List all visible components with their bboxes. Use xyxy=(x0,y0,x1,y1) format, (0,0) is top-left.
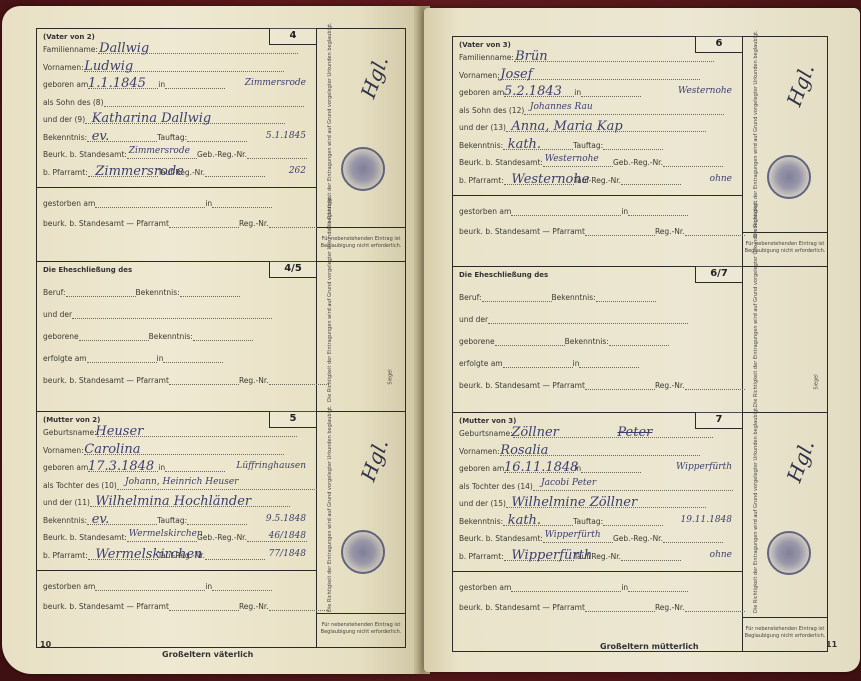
handwritten-value: Dallwig xyxy=(99,41,149,56)
certification-column: Die Richtigkeit der Eintragungen wird au… xyxy=(743,267,827,412)
handwritten-value: 19.11.1848 xyxy=(680,515,732,525)
field-label: in xyxy=(574,88,581,97)
entry-main-column: 6/7Die Eheschließung desBeruf: Bekenntni… xyxy=(453,267,743,412)
field-line[interactable] xyxy=(511,590,621,592)
official-seal-stamp xyxy=(341,147,385,191)
handwritten-value: Rosalia xyxy=(500,443,548,458)
field-label: gestorben am xyxy=(459,583,511,592)
field-line[interactable] xyxy=(79,339,149,341)
death-section-divider xyxy=(453,571,742,572)
form-field-row: geborene Bekenntnis: xyxy=(43,332,310,350)
field-label: Tauftag: xyxy=(157,516,187,525)
seal-placeholder-label: Siegel xyxy=(814,374,820,389)
field-label: und der (13) xyxy=(459,123,506,132)
handwritten-value: 1.1.1845 xyxy=(88,76,146,91)
handwritten-value: Wipperfürth xyxy=(545,530,601,540)
official-seal-stamp xyxy=(767,155,811,199)
field-line[interactable] xyxy=(212,206,272,208)
field-label: Reg.-Nr. xyxy=(655,381,685,390)
field-label: als Tochter des (14) xyxy=(459,482,533,491)
field-label: Bekenntnis: xyxy=(43,133,87,142)
death-field-row: beurk. b. Standesamt — Pfarramt Reg.-Nr. xyxy=(459,603,736,621)
field-label: Reg.-Nr. xyxy=(655,603,685,612)
seal-placeholder-label: Siegel xyxy=(388,369,394,384)
field-label: und der xyxy=(43,310,72,319)
official-signature: Hgl. xyxy=(356,436,393,485)
field-line[interactable] xyxy=(603,148,663,150)
no-certification-needed-note: Für nebenstehenden Eintrag ist Beglaubig… xyxy=(743,617,827,651)
entry-number-box: 4/5 xyxy=(269,261,317,278)
entry-header: (Vater von 2) xyxy=(43,33,95,41)
form-field-row: und der xyxy=(43,310,310,328)
form-field-row: beurk. b. Standesamt — Pfarramt Reg.-Nr. xyxy=(43,376,310,394)
official-signature: Hgl. xyxy=(782,61,819,110)
field-label: beurk. b. Standesamt — Pfarramt xyxy=(43,219,169,228)
field-line[interactable] xyxy=(603,524,663,526)
official-seal-stamp xyxy=(341,530,385,574)
field-line[interactable] xyxy=(193,339,253,341)
field-label: und der (15) xyxy=(459,499,506,508)
handwritten-value: Wermelskirchen xyxy=(95,547,202,562)
form-block-6-7: 6/7Die Eheschließung desBeruf: Bekenntni… xyxy=(453,267,827,413)
handwritten-value: Carolina xyxy=(84,442,140,457)
field-label: in xyxy=(157,354,164,363)
field-label: geboren am xyxy=(43,463,88,472)
handwritten-value: Westernohe xyxy=(511,172,589,187)
field-label: beurk. b. Standesamt — Pfarramt xyxy=(459,603,585,612)
field-label: Familienname: xyxy=(459,53,514,62)
field-label: erfolgte am xyxy=(459,359,503,368)
handwritten-value: Brün xyxy=(515,49,548,64)
field-line[interactable] xyxy=(628,214,688,216)
handwritten-value: ev. xyxy=(92,512,110,527)
field-label: in xyxy=(573,359,580,368)
field-label: und der xyxy=(459,315,488,324)
handwritten-value: Wermelskirchen xyxy=(129,529,203,539)
handwritten-value: Jacobi Peter xyxy=(541,478,596,488)
entry-main-column: 7(Mutter von 3)Geburtsname:ZöllnerPeterV… xyxy=(453,413,743,651)
field-label: und der (11) xyxy=(43,498,90,507)
field-label: geborene xyxy=(43,332,79,341)
official-signature: Hgl. xyxy=(782,437,819,486)
handwritten-value: Westernohe xyxy=(678,86,732,96)
field-label: Reg.-Nr. xyxy=(239,219,269,228)
field-line[interactable] xyxy=(127,540,197,542)
handwritten-value: Ludwig xyxy=(84,59,133,74)
form-block-4-5: 4/5Die Eheschließung desBeruf: Bekenntni… xyxy=(37,262,405,412)
field-label: Tauftag: xyxy=(157,133,187,142)
entry-number-box: 7 xyxy=(695,412,743,429)
handwritten-value: ohne xyxy=(710,174,732,184)
field-line[interactable] xyxy=(169,609,239,611)
page-footer-title: Großeltern mütterlich xyxy=(600,642,699,651)
field-label: in xyxy=(205,582,212,591)
handwritten-value: Zimmersrode xyxy=(245,78,306,88)
form-block-6: 6(Vater von 3)Familienname:BrünVornamen:… xyxy=(453,37,827,267)
right-page: 6(Vater von 3)Familienname:BrünVornamen:… xyxy=(424,8,860,672)
field-line[interactable] xyxy=(685,234,745,236)
form-field-row: erfolgte am in xyxy=(43,354,310,372)
handwritten-value: 5.2.1843 xyxy=(504,84,562,99)
field-label: beurk. b. Standesamt — Pfarramt xyxy=(43,602,169,611)
field-line[interactable] xyxy=(165,87,225,89)
entry-number-box: 6/7 xyxy=(695,266,743,283)
form-field-row: b. Pfarramt: Tauf-Reg.-Nr. xyxy=(459,552,736,570)
death-field-row: beurk. b. Standesamt — Pfarramt Reg.-Nr. xyxy=(43,602,310,620)
page-number: 10 xyxy=(40,640,51,649)
handwritten-value: kath. xyxy=(508,513,541,528)
handwritten-value: Zimmersrode xyxy=(95,164,183,179)
field-line[interactable] xyxy=(581,95,641,97)
field-label: Geb.-Reg.-Nr. xyxy=(197,150,247,159)
death-field-row: gestorben am in xyxy=(459,207,736,225)
field-label: Geburtsname: xyxy=(43,428,97,437)
form-block-4: 4(Vater von 2)Familienname:DallwigVornam… xyxy=(37,29,405,262)
field-line[interactable] xyxy=(621,183,681,185)
handwritten-value: Wilhelmine Zöllner xyxy=(511,495,637,510)
handwritten-value: 77/1848 xyxy=(269,549,306,559)
field-line[interactable] xyxy=(585,388,655,390)
field-line[interactable] xyxy=(503,366,573,368)
official-seal-stamp xyxy=(767,531,811,575)
form-field-row: geborene Bekenntnis: xyxy=(459,337,736,355)
field-line[interactable] xyxy=(205,175,265,177)
field-line[interactable] xyxy=(127,157,197,159)
field-label: Bekenntnis: xyxy=(552,293,596,302)
handwritten-value: Wipperfürth xyxy=(676,462,732,472)
field-line[interactable] xyxy=(585,234,655,236)
no-certification-needed-note: Für nebenstehenden Eintrag ist Beglaubig… xyxy=(317,613,405,647)
field-line[interactable] xyxy=(117,488,317,490)
field-line[interactable] xyxy=(543,165,613,167)
certification-text: Die Richtigkeit der Eintragungen wird au… xyxy=(327,195,333,402)
field-label: Geburtsname: xyxy=(459,429,513,438)
entry-main-column: 6(Vater von 3)Familienname:BrünVornamen:… xyxy=(453,37,743,266)
field-label: Bekenntnis: xyxy=(43,516,87,525)
field-line[interactable] xyxy=(180,295,240,297)
handwritten-value: Anna, Maria Kap xyxy=(511,119,622,134)
form-block-7: 7(Mutter von 3)Geburtsname:ZöllnerPeterV… xyxy=(453,413,827,651)
field-label: in xyxy=(621,583,628,592)
certification-text: Die Richtigkeit der Eintragungen wird au… xyxy=(753,406,759,613)
field-label: beurk. b. Standesamt — Pfarramt xyxy=(459,381,585,390)
field-label: Geb.-Reg.-Nr. xyxy=(613,158,663,167)
entry-number-box: 5 xyxy=(269,411,317,428)
certification-column: Die Richtigkeit der Eintragungen wird au… xyxy=(317,412,405,647)
handwritten-value: Heuser xyxy=(95,424,143,439)
field-label: Beruf: xyxy=(459,293,482,302)
entry-number-box: 6 xyxy=(695,36,743,53)
field-line[interactable] xyxy=(187,523,247,525)
field-label: und der (9) xyxy=(43,115,85,124)
handwritten-value: Wipperfürth xyxy=(511,548,592,563)
death-field-row: gestorben am in xyxy=(459,583,736,601)
field-label: als Sohn des (12) xyxy=(459,106,524,115)
death-section-divider xyxy=(37,187,316,188)
handwritten-value: 46/1848 xyxy=(269,531,306,541)
field-line[interactable] xyxy=(511,214,621,216)
left-page: 4(Vater von 2)Familienname:DallwigVornam… xyxy=(2,6,420,674)
form-field-row: Beruf: Bekenntnis: xyxy=(459,293,736,311)
handwritten-value: Lüffringhausen xyxy=(236,461,306,471)
field-label: geboren am xyxy=(43,80,88,89)
struck-handwritten-value: Peter xyxy=(617,425,652,440)
field-line[interactable] xyxy=(87,361,157,363)
handwritten-value: 5.1.1845 xyxy=(266,131,306,141)
death-field-row: gestorben am in xyxy=(43,582,310,600)
field-line[interactable] xyxy=(685,388,745,390)
field-line[interactable] xyxy=(579,366,639,368)
field-line[interactable] xyxy=(187,140,247,142)
field-line[interactable] xyxy=(596,300,656,302)
field-label: geborene xyxy=(459,337,495,346)
field-label: Vornamen: xyxy=(43,63,84,72)
field-label: als Sohn des (8) xyxy=(43,98,104,107)
entry-main-column: 5(Mutter von 2)Geburtsname:HeuserVorname… xyxy=(37,412,317,647)
field-line[interactable] xyxy=(163,361,223,363)
field-label: geboren am xyxy=(459,464,504,473)
field-line[interactable] xyxy=(663,165,723,167)
death-field-row: beurk. b. Standesamt — Pfarramt Reg.-Nr. xyxy=(43,219,310,237)
handwritten-value: Zöllner xyxy=(511,425,558,440)
left-page-form-grid: 4(Vater von 2)Familienname:DallwigVornam… xyxy=(36,28,406,648)
field-label: Beurk. b. Standesamt: xyxy=(43,150,127,159)
field-label: b. Pfarramt: xyxy=(43,551,88,560)
field-line[interactable] xyxy=(585,610,655,612)
page-number: 11 xyxy=(826,640,837,649)
handwritten-value: Westernohe xyxy=(545,154,599,164)
field-label: Beurk. b. Standesamt: xyxy=(459,158,543,167)
certification-text: Die Richtigkeit der Eintragungen wird au… xyxy=(327,405,333,612)
handwritten-value: ev. xyxy=(92,129,110,144)
entry-main-column: 4(Vater von 2)Familienname:DallwigVornam… xyxy=(37,29,317,261)
field-label: b. Pfarramt: xyxy=(43,168,88,177)
field-label: gestorben am xyxy=(43,199,95,208)
entry-header: Die Eheschließung des xyxy=(43,266,132,274)
field-label: beurk. b. Standesamt — Pfarramt xyxy=(459,227,585,236)
field-line[interactable] xyxy=(169,226,239,228)
handwritten-value: ohne xyxy=(710,550,732,560)
field-line[interactable] xyxy=(95,206,205,208)
form-field-row: beurk. b. Standesamt — Pfarramt Reg.-Nr. xyxy=(459,381,736,399)
field-label: Vornamen: xyxy=(459,71,500,80)
form-block-5: 5(Mutter von 2)Geburtsname:HeuserVorname… xyxy=(37,412,405,647)
field-label: Bekenntnis: xyxy=(565,337,609,346)
form-field-row: erfolgte am in xyxy=(459,359,736,377)
handwritten-value: kath. xyxy=(508,137,541,152)
death-field-row: gestorben am in xyxy=(43,199,310,217)
field-label: Reg.-Nr. xyxy=(239,376,269,385)
field-label: Bekenntnis: xyxy=(149,332,193,341)
field-line[interactable] xyxy=(628,590,688,592)
entry-header: (Vater von 3) xyxy=(459,41,511,49)
field-label: Geb.-Reg.-Nr. xyxy=(197,533,247,542)
handwritten-value: 9.5.1848 xyxy=(266,514,306,524)
field-label: Tauftag: xyxy=(573,517,603,526)
field-label: in xyxy=(158,80,165,89)
field-line[interactable] xyxy=(581,471,641,473)
field-label: b. Pfarramt: xyxy=(459,552,504,561)
field-label: Reg.-Nr. xyxy=(239,602,269,611)
field-label: in xyxy=(205,199,212,208)
field-line[interactable] xyxy=(495,344,565,346)
field-line[interactable] xyxy=(524,113,724,115)
entry-main-column: 4/5Die Eheschließung desBeruf: Bekenntni… xyxy=(37,262,317,411)
field-line[interactable] xyxy=(165,470,225,472)
field-line[interactable] xyxy=(169,383,239,385)
official-signature: Hgl. xyxy=(356,53,393,102)
death-section-divider xyxy=(37,570,316,571)
field-line[interactable] xyxy=(609,344,669,346)
field-label: Vornamen: xyxy=(459,447,500,456)
handwritten-value: Katharina Dallwig xyxy=(92,111,212,126)
field-label: Tauftag: xyxy=(573,141,603,150)
field-line[interactable] xyxy=(543,541,613,543)
handwritten-value: Zimmersrode xyxy=(129,146,190,156)
field-label: Beurk. b. Standesamt: xyxy=(459,534,543,543)
form-field-row: b. Pfarramt: Tauf-Reg.-Nr. xyxy=(459,176,736,194)
field-line[interactable] xyxy=(685,610,745,612)
handwritten-value: Johann, Heinrich Heuser xyxy=(125,477,238,487)
field-line[interactable] xyxy=(104,105,304,107)
field-line[interactable] xyxy=(482,300,552,302)
certification-column: Die Richtigkeit der Eintragungen wird au… xyxy=(743,413,827,651)
form-field-row: Beruf: Bekenntnis: xyxy=(43,288,310,306)
field-label: erfolgte am xyxy=(43,354,87,363)
right-page-form-grid: 6(Vater von 3)Familienname:BrünVornamen:… xyxy=(452,36,828,652)
field-label: in xyxy=(158,463,165,472)
field-label: Bekenntnis: xyxy=(136,288,180,297)
field-line[interactable] xyxy=(212,589,272,591)
handwritten-value: 262 xyxy=(289,166,306,176)
field-label: Bekenntnis: xyxy=(459,141,503,150)
entry-header: (Mutter von 3) xyxy=(459,417,516,425)
form-field-row: Geburtsname: xyxy=(43,428,310,446)
page-footer-title: Großeltern väterlich xyxy=(162,650,253,659)
field-line[interactable] xyxy=(663,541,723,543)
field-label: in xyxy=(621,207,628,216)
handwritten-value: Wilhelmina Hochländer xyxy=(95,494,251,509)
field-label: beurk. b. Standesamt — Pfarramt xyxy=(43,376,169,385)
field-label: Beurk. b. Standesamt: xyxy=(43,533,127,542)
field-line[interactable] xyxy=(95,589,205,591)
entry-header: (Mutter von 2) xyxy=(43,416,100,424)
entry-header: Die Eheschließung des xyxy=(459,271,548,279)
handwritten-value: Johannes Rau xyxy=(530,102,593,112)
form-field-row: und der xyxy=(459,315,736,333)
entry-number-box: 4 xyxy=(269,28,317,45)
field-label: geboren am xyxy=(459,88,504,97)
field-label: Reg.-Nr. xyxy=(655,227,685,236)
certification-text: Die Richtigkeit der Eintragungen wird au… xyxy=(753,200,759,407)
field-label: als Tochter des (10) xyxy=(43,481,117,490)
field-line[interactable] xyxy=(488,322,688,324)
death-section-divider xyxy=(453,195,742,196)
field-label: Beruf: xyxy=(43,288,66,297)
certification-column: Die Richtigkeit der Eintragungen wird au… xyxy=(317,262,405,411)
field-line[interactable] xyxy=(621,559,681,561)
death-field-row: beurk. b. Standesamt — Pfarramt Reg.-Nr. xyxy=(459,227,736,245)
field-line[interactable] xyxy=(66,295,136,297)
field-label: gestorben am xyxy=(459,207,511,216)
handwritten-value: 16.11.1848 xyxy=(504,460,578,475)
field-label: Bekenntnis: xyxy=(459,517,503,526)
field-line[interactable] xyxy=(533,489,733,491)
field-line[interactable] xyxy=(72,317,272,319)
field-line[interactable] xyxy=(247,157,307,159)
field-label: Geb.-Reg.-Nr. xyxy=(613,534,663,543)
field-label: gestorben am xyxy=(43,582,95,591)
handwritten-value: Josef xyxy=(500,67,532,82)
field-label: b. Pfarramt: xyxy=(459,176,504,185)
field-label: Vornamen: xyxy=(43,446,84,455)
field-line[interactable] xyxy=(205,558,265,560)
handwritten-value: 17.3.1848 xyxy=(88,459,154,474)
field-label: Familienname: xyxy=(43,45,98,54)
